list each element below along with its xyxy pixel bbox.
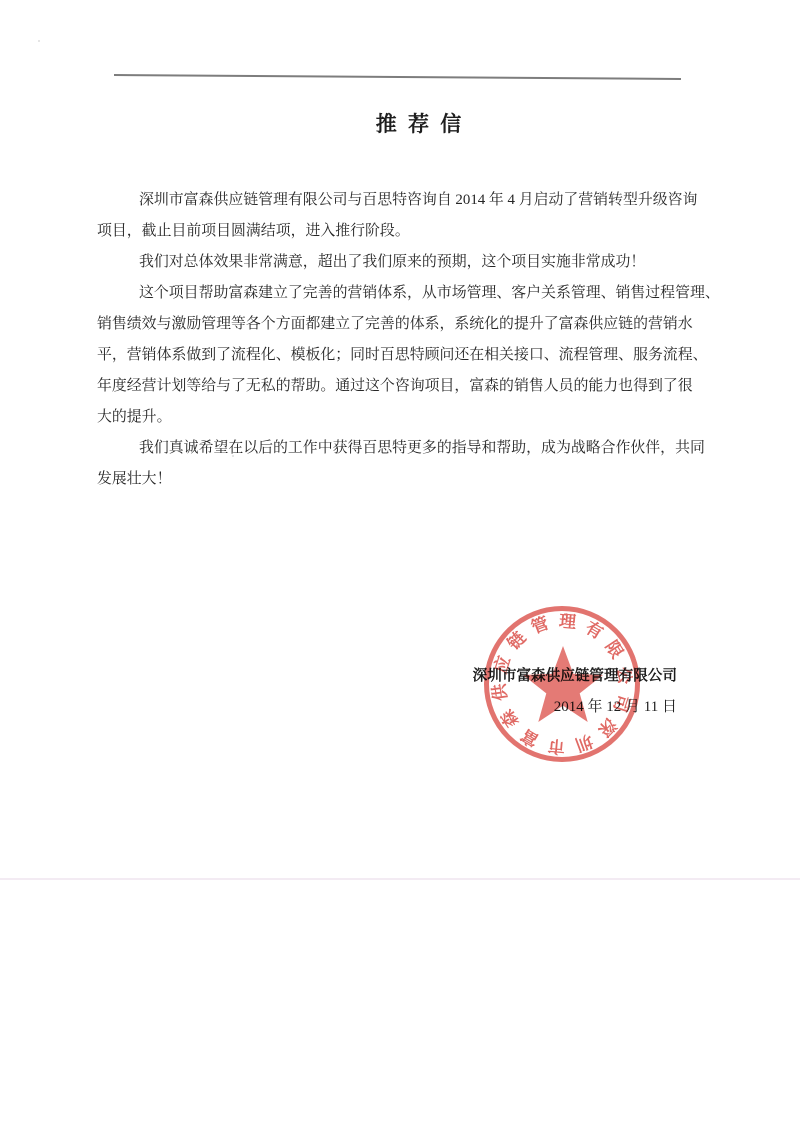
body-line: 销售绩效与激励管理等各个方面都建立了完善的体系，系统化的提升了富森供应链的营销水 xyxy=(97,309,697,340)
body-line: 发展壮大！ xyxy=(97,464,697,495)
company-stamp: 深圳市富森供应链管理有限公司 xyxy=(482,600,642,768)
stamp-arc-char: 市 xyxy=(547,736,566,757)
body-line: 大的提升。 xyxy=(97,402,697,433)
scan-artifact-faint-line xyxy=(0,878,800,880)
letter-body: 深圳市富森供应链管理有限公司与百思特咨询自 2014 年 4 月启动了营销转型升… xyxy=(97,185,697,495)
letter-title: 推 荐 信 xyxy=(150,108,690,138)
body-line: 项目，截止目前项目圆满结项，进入推行阶段。 xyxy=(97,216,697,247)
stamp-arc-char: 司 xyxy=(610,692,633,714)
body-line: 我们对总体效果非常满意，超出了我们原来的预期，这个项目实施非常成功！ xyxy=(97,247,697,278)
scan-speck xyxy=(38,40,40,42)
stamp-arc-char: 供 xyxy=(488,682,510,703)
stamp-arc-char: 理 xyxy=(558,612,578,633)
document-page: 推 荐 信 深圳市富森供应链管理有限公司与百思特咨询自 2014 年 4 月启动… xyxy=(0,0,800,1129)
body-line: 我们真诚希望在以后的工作中获得百思特更多的指导和帮助，成为战略合作伙伴，共同 xyxy=(97,433,697,464)
body-line: 平，营销体系做到了流程化、模板化；同时百思特顾问还在相关接口、流程管理、服务流程… xyxy=(97,340,697,371)
body-line: 这个项目帮助富森建立了完善的营销体系，从市场管理、客户关系管理、销售过程管理、 xyxy=(97,278,697,309)
stamp-arc-char: 公 xyxy=(613,666,634,685)
scanner-artifact-line xyxy=(114,74,681,80)
star-icon xyxy=(523,646,603,722)
scan-speck xyxy=(232,455,234,457)
body-line: 深圳市富森供应链管理有限公司与百思特咨询自 2014 年 4 月启动了营销转型升… xyxy=(97,185,697,216)
body-line: 年度经营计划等给与了无私的帮助。通过这个咨询项目，富森的销售人员的能力也得到了很 xyxy=(97,371,697,402)
